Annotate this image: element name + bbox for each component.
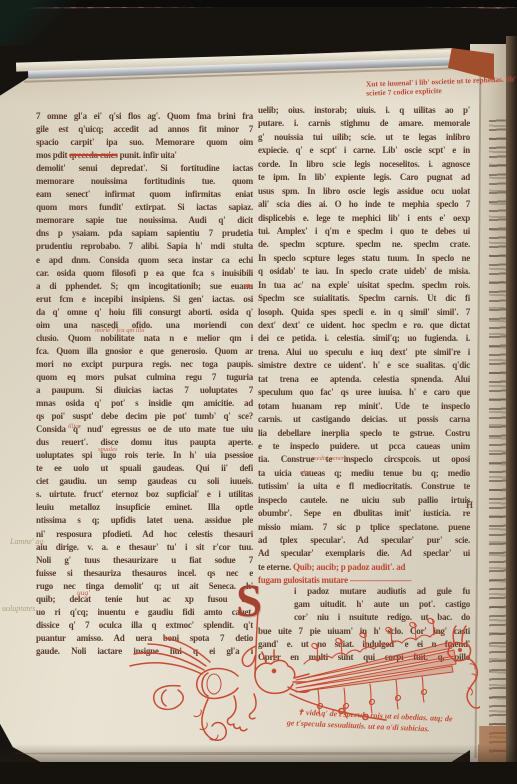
text-line: trena. Alui uo speculu e iuq dext' pte s…	[258, 346, 470, 359]
red-ink-spot	[246, 284, 251, 288]
text-line: prudentiu reprobabo. 7 alibi. Sapia h' m…	[36, 240, 253, 253]
photo-bottom-border	[0, 762, 517, 784]
left-lines-b: demolit' senui depredat'. Si fortitudine…	[36, 162, 253, 658]
text-line: tia. Construe te inspeclo circspcois. ut…	[258, 453, 470, 466]
text-line: Noli g' tuus thesaurizare u fiat sodue 7	[36, 554, 253, 567]
text-line: ni' resposura pfodieti. Ad hoc celestis …	[36, 528, 253, 541]
text-line: car. osida quom filosofi p ea que fca s …	[36, 267, 253, 280]
text-line: te ee uolo ut spuali gaudeas. Qui ii' de…	[36, 462, 253, 475]
strike-post: punit. infir uita'	[118, 150, 177, 160]
fore-edge-text-shadow	[489, 118, 506, 754]
text-line: g' nouissia tui uilib; scie. ut te legas…	[258, 131, 470, 144]
text-line: mnas osida q' pot' s insidie qm amicitie…	[36, 397, 253, 410]
interlinear-gloss: illice	[68, 423, 81, 430]
strike-pre: mos pdit	[36, 150, 69, 160]
text-line: ta uicia caueas q; mediu tenue bu q; med…	[258, 467, 470, 480]
text-line: fca. Quom illa gnosior e que generosio. …	[36, 345, 253, 358]
text-line: dus reuert'. disce domu itus paupta aper…	[36, 436, 253, 449]
text-line: mori no excipt purpura regis. nec toga p…	[36, 358, 253, 371]
text-line: putare. i. carnis stighmu de amare. memo…	[258, 117, 470, 130]
text-line: Speclm sce suialitatis. Speclm carnis. U…	[258, 292, 470, 305]
text-line: de. speclm scpture. speclm ne. speclm cr…	[258, 238, 470, 251]
margin-note-upper: Lamne' ao	[10, 537, 44, 546]
text-line: ali' scia dies ai. O ho inde te mephia s…	[258, 198, 470, 211]
text-line: demolit' senui depredat'. Si fortitudine…	[36, 162, 253, 175]
text-line: tutissim' ia uita e fl mediocritatis. Co…	[258, 480, 470, 493]
text-line: losoph. Quida spes specli e. in q simil'…	[258, 306, 470, 319]
text-line: lia debellare inerplia speclo te gstrue.…	[258, 427, 470, 440]
text-line: carnis. ut castigando deicias. ut possis…	[258, 413, 470, 426]
rubric-red-start: Quib; aucib; p padoz audit'. ad	[293, 562, 405, 572]
text-line: da q' omne q' hoiu fili consurgt aborti.…	[36, 306, 253, 319]
text-line: qs poi' suspt' debe decim pie pot' tumb'…	[36, 410, 253, 423]
text-line: dei ce petida. i. celestia. simil'q; uo …	[258, 332, 470, 345]
text-line: 7 omne gl'a ei' q'si flos ag'. Quom fma …	[36, 110, 253, 123]
text-line: inspeclo cautele. ne uiciu sub pallio ir…	[258, 494, 470, 507]
text-line: spacio carpit' ipa suo. Memorare quom oi…	[36, 136, 253, 149]
text-line: usus spm. In libro oscie legis assidue o…	[258, 185, 470, 198]
left-lines-a: 7 omne gl'a ei' q'si flos ag'. Quom fma …	[36, 110, 253, 149]
interlinear-gloss: morte 7 fca qm illa	[95, 327, 144, 334]
text-line: missio miam. 7 sic p tplice speclatone. …	[258, 521, 470, 534]
text-line: leuiu metalloz insupficie eminet. Illa o…	[36, 501, 253, 514]
text-line: tui. Amplex' i q'm e speclm i quo te deb…	[258, 225, 470, 238]
text-line: ciet gaudiu. un semp gaudeas cu soli iuu…	[36, 475, 253, 488]
text-line: quom eq mors pulsat culmina regu 7 tugur…	[36, 371, 253, 384]
text-line: fuisse si thesauriza thesauros incel. qs…	[36, 567, 253, 580]
fore-edge-dark-border	[506, 36, 517, 784]
text-line: obumbr'. Sepe en dbulitas imit' iusticia…	[258, 507, 470, 520]
text-line: te ipm. In lib' expiente legis. Caro pug…	[258, 171, 470, 184]
text-line: dext' dext' ce uident. hoc speclm e ro. …	[258, 319, 470, 332]
margin-mark-h: H	[466, 500, 473, 510]
text-line: ad tplex specular'. Ad specular' pur' sc…	[258, 534, 470, 547]
text-line: Ad specular' exemplaris die. Ad speclar'…	[258, 547, 470, 560]
text-line: totam huanam rep minit'. Ude te inspeclo	[258, 400, 470, 413]
red-strikethrough-word: qreceda cuics	[69, 150, 117, 160]
text-line: displicebis e. lege te mephici lib' i en…	[258, 212, 470, 225]
bottom-shadow-gradient	[0, 744, 517, 764]
text-line: simistre dextre ce uident'. h' e sce sua…	[258, 359, 470, 372]
text-line: a paupum. Si diuicias iactas 7 uoluptate…	[36, 384, 253, 397]
text-column-right: uelib; oius. instorab; uiuis. i. q uilit…	[258, 104, 470, 588]
text-line: q osidab' te iau. In speclo crate uideb'…	[258, 265, 470, 278]
text-line: oim una nascedi ofido. una moriendi con	[36, 319, 253, 332]
text-line: gile est q'uicq; accedit ad annos fit mi…	[36, 123, 253, 136]
text-line: corde. In libro scie legis noceselitos. …	[258, 158, 470, 171]
text-line: uoluptates spi iugo rois terie. In h' ui…	[36, 449, 253, 462]
text-line: aiu dirige. v. a. e thesaur' tu' i sit r…	[36, 541, 253, 554]
text-line: s. uirtute. fruct' eternoz boz supficial…	[36, 488, 253, 501]
rubric-lead: te eterne.	[258, 562, 293, 572]
photo-corner-shadow	[0, 0, 90, 46]
text-line: a di pphendet. S; qm incogitationib; sue…	[36, 280, 253, 293]
text-line: i padoz mutare audiutis ad gule fu	[294, 585, 470, 598]
rubric-lead-line: te eterne. Quib; aucib; p padoz audit'. …	[258, 561, 470, 574]
text-line: e apd dnm. Consida quom seca instar ca e…	[36, 254, 253, 267]
text-line: ntissima s q; upfidis latet uena. assidu…	[36, 514, 253, 527]
interlinear-gloss: spuales	[98, 446, 118, 453]
text-line: rugo nec tinga demolit' q; ut ait Seneca…	[36, 580, 253, 593]
text-line: memorare sapie tue nouissima. Audi q' di…	[36, 214, 253, 227]
text-line: expiecie. q' e scpt' i carne. Lib' oscie…	[258, 144, 470, 157]
text-line: speculum quo fac' qs uree iuuisa. h' e c…	[258, 386, 470, 399]
interlinear-gloss: abst	[300, 469, 311, 476]
interlinear-gloss: uug'	[77, 588, 90, 597]
right-lines: uelib; oius. instorab; uiuis. i. q uilit…	[258, 104, 470, 561]
manuscript-photo: Xut te iuuenal' i lib' oscietie ut te re…	[0, 0, 517, 784]
text-line: dns p ysaiam. pda sapiam sapientiu 7 pru…	[36, 227, 253, 240]
text-line: tat trena ee aptenda. celestia spnenda. …	[258, 373, 470, 386]
text-line: quom mors fundit' extirpat. Si iactas sa…	[36, 201, 253, 214]
dragon-grotesque-drawing	[118, 598, 480, 766]
text-line: memorare nouissima fortitudinis tue. quo…	[36, 175, 253, 188]
text-line: uelib; oius. instorab; uiuis. i. q uilit…	[258, 104, 470, 117]
text-line: erut fcm e incepibi insipiens. Si gen' i…	[36, 293, 253, 306]
text-line: In tua ac' na exple' uisitat speclm. spe…	[258, 279, 470, 292]
text-line: In speclo scpture leges statu tuum. In s…	[258, 252, 470, 265]
text-line: e te inspeclo puidere. ut pcca caueas un…	[258, 440, 470, 453]
text-line: eam senect' infirmat quom infirmitas eni…	[36, 188, 253, 201]
margin-note-voluptas: uoluptates	[2, 604, 35, 613]
text-column-left: 7 omne gl'a ei' q'si flos ag'. Quom fma …	[36, 110, 253, 658]
interlinear-gloss: media genere	[312, 455, 347, 462]
text-line: clusio. Quom nobilitate nata n e melior …	[36, 332, 253, 345]
strike-line: mos pdit qreceda cuics punit. infir uita…	[36, 149, 253, 162]
